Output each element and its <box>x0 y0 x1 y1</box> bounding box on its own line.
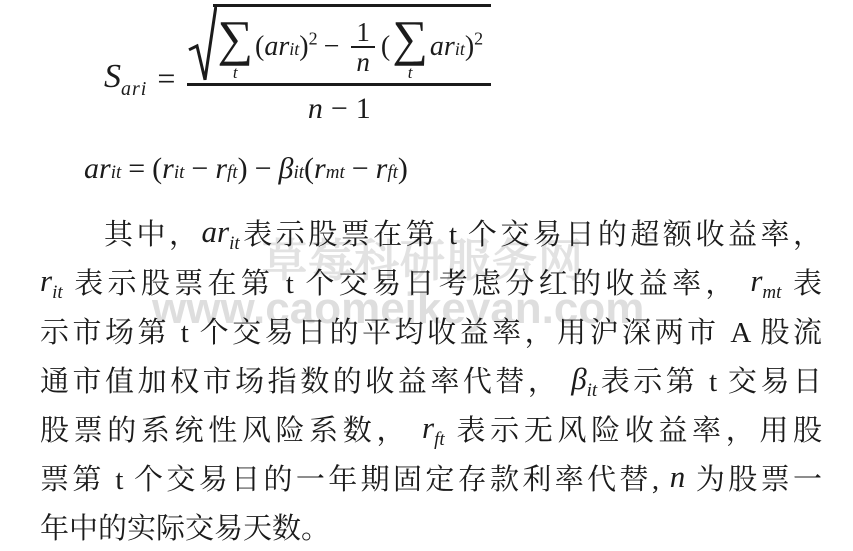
text-run: 表 <box>781 268 822 300</box>
fraction-denominator: n−1 <box>187 83 491 125</box>
math-subscript: mt <box>326 162 345 183</box>
math-exponent: 2 <box>309 29 318 49</box>
summation-index: t <box>233 64 238 81</box>
equals-sign: = <box>157 62 175 94</box>
fraction-one-over-n: 1 n <box>351 18 375 77</box>
math-lhs: Sari <box>104 60 147 99</box>
text-run: 表示无风险收益率，用股 <box>445 415 822 447</box>
text-run: 表示第 t 交易日 <box>597 366 822 398</box>
math-var: rit <box>40 263 63 298</box>
text-run: 票第 t 个交易日的一年期固定存款利率代替, <box>40 464 670 496</box>
text-run: 年中的实际交易天数。 <box>40 513 330 545</box>
minus-sign: − <box>255 152 272 185</box>
body-paragraph: 其中，arit表示股票在第 t 个交易日的超额收益率，rit 表示股票在第 t … <box>40 211 822 551</box>
formula-standard-deviation: Sari = ∑ t (arit)2 − 1 <box>104 4 491 125</box>
radicand: ∑ t (arit)2 − 1 n ( ∑ t <box>213 4 491 83</box>
math-expression: (arit)2 <box>255 31 318 63</box>
paragraph-line: 其中，arit表示股票在第 t 个交易日的超额收益率， <box>40 211 822 260</box>
math-token: r <box>215 152 227 185</box>
minus-sign: − <box>352 152 369 185</box>
math-var: n <box>670 459 686 494</box>
math-token: ( <box>304 152 314 185</box>
math-token: r <box>376 152 388 185</box>
math-var: βit <box>571 361 597 396</box>
math-token: r <box>162 152 174 185</box>
math-token: 1 <box>351 18 375 46</box>
math-subscript: it <box>111 162 122 183</box>
math-var-subscript: it <box>52 282 63 303</box>
paragraph-line: 年中的实际交易天数。 <box>40 505 822 551</box>
text-run: 其中， <box>104 219 202 251</box>
math-token: n <box>351 46 375 76</box>
math-token: ( <box>152 152 162 185</box>
math-token: ( <box>255 31 264 62</box>
summation-index: t <box>408 64 413 81</box>
text-run: 表示股票在第 t 个交易日的超额收益率， <box>240 219 822 251</box>
text-run: 股票的系统性风险系数， <box>40 415 422 447</box>
fraction-numerator: ∑ t (arit)2 − 1 n ( ∑ t <box>187 4 491 83</box>
math-exponent: 2 <box>474 29 483 49</box>
math-subscript: it <box>289 39 299 59</box>
text-run: 示市场第 t 个交易日的平均收益率，用沪深两市 A 股流 <box>40 317 822 349</box>
paragraph-line: 通市值加权市场指数的收益率代替， βit表示第 t 交易日 <box>40 358 822 407</box>
equals-sign: = <box>128 152 145 185</box>
math-subscript: it <box>455 39 465 59</box>
math-subscript: ari <box>121 78 147 100</box>
math-var: rmt <box>750 263 781 298</box>
math-token: S <box>104 58 121 95</box>
math-var-base: β <box>571 361 586 396</box>
minus-sign: − <box>191 152 208 185</box>
math-token: n <box>308 92 323 125</box>
text-run: 为股票一 <box>685 464 822 496</box>
math-token: ) <box>398 152 408 185</box>
text-run: 表示股票在第 t 个交易日考虑分红的收益率， <box>63 268 751 300</box>
math-var-base: ar <box>202 214 230 249</box>
math-expression: arit)2 <box>430 31 483 63</box>
math-subscript: ft <box>227 162 238 183</box>
math-token: ar <box>84 152 111 185</box>
sigma-icon: ∑ <box>217 13 253 63</box>
math-subscript: it <box>174 162 185 183</box>
math-var-base: r <box>422 410 434 445</box>
sigma-icon: ∑ <box>392 13 428 63</box>
document-page: 草莓科研服务网 www.caomeikeyan.com Sari = ∑ t (… <box>0 0 853 551</box>
fraction: ∑ t (arit)2 − 1 n ( ∑ t <box>187 4 491 125</box>
summation: ∑ t <box>392 13 428 81</box>
math-token: ) <box>238 152 248 185</box>
minus-sign: − <box>324 31 340 63</box>
math-var: arit <box>202 214 240 249</box>
math-var-base: r <box>40 263 52 298</box>
math-token: 1 <box>356 92 371 125</box>
paragraph-line: 股票的系统性风险系数， rft 表示无风险收益率，用股 <box>40 407 822 456</box>
math-subscript: it <box>293 162 304 183</box>
math-var-base: r <box>750 263 762 298</box>
math-var-subscript: it <box>229 233 240 254</box>
math-token: β <box>279 152 294 185</box>
math-var-subscript: it <box>587 380 598 401</box>
math-token: r <box>314 152 326 185</box>
summation: ∑ t <box>217 13 253 81</box>
text-run: 通市值加权市场指数的收益率代替， <box>40 366 571 398</box>
math-token: ) <box>465 31 474 62</box>
math-var-base: n <box>670 459 686 494</box>
math-token: ar <box>264 31 289 62</box>
paragraph-line: 票第 t 个交易日的一年期固定存款利率代替, n 为股票一 <box>40 456 822 505</box>
square-root: ∑ t (arit)2 − 1 n ( ∑ t <box>187 4 491 83</box>
math-expression: ( <box>381 31 390 63</box>
math-var: rft <box>422 410 445 445</box>
math-var-subscript: ft <box>434 429 445 450</box>
paragraph-line: 示市场第 t 个交易日的平均收益率，用沪深两市 A 股流 <box>40 309 822 358</box>
math-var-subscript: mt <box>762 282 781 303</box>
math-subscript: ft <box>387 162 398 183</box>
formula-abnormal-return: arit=(rit−rft)−βit(rmt−rft) <box>84 152 408 186</box>
minus-sign: − <box>331 92 348 125</box>
radical-sign-icon <box>187 4 217 83</box>
paragraph-line: rit 表示股票在第 t 个交易日考虑分红的收益率， rmt 表 <box>40 260 822 309</box>
math-token: ar <box>430 31 455 62</box>
math-token: ) <box>299 31 308 62</box>
math-token: ( <box>381 31 390 62</box>
